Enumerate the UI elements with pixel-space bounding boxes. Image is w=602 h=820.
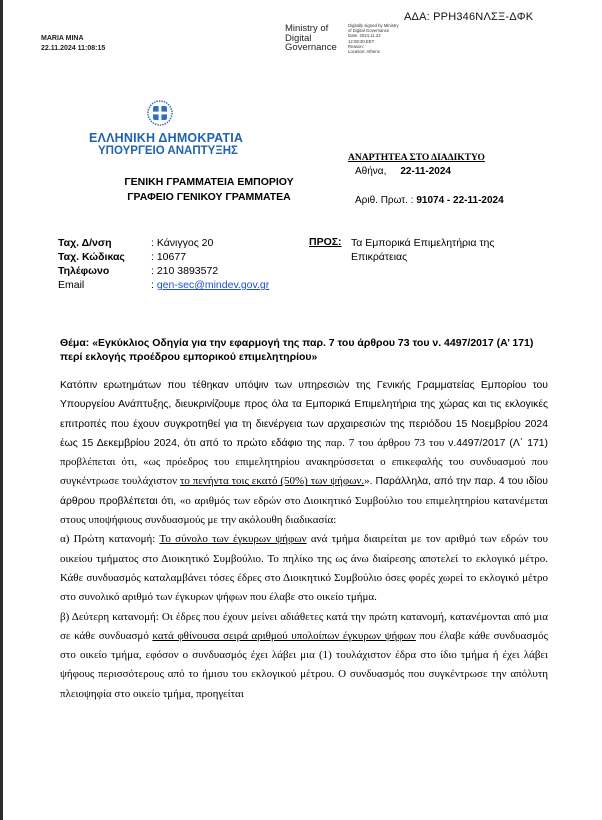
signer-block: MARIA MINA 22.11.2024 11:08:15 xyxy=(41,34,105,54)
ministry-title: ΥΠΟΥΡΓΕΙΟ ΑΝΑΠΤΥΞΗΣ xyxy=(98,144,238,158)
republic-title: ΕΛΛΗΝΙΚΗ ΔΗΜΟΚΡΑΤΙΑ xyxy=(89,131,243,145)
recipient-label: ΠΡΟΣ: xyxy=(309,236,342,248)
place-date: Αθήνα,22-11-2024 xyxy=(355,166,451,177)
post-online-note: ΑΝΑΡΤΗΤΕΑ ΣΤΟ ΔΙΑΔΙΚΤΥΟ xyxy=(348,153,485,163)
document-date: 22-11-2024 xyxy=(400,166,451,177)
subject-line: Θέμα: «Εγκύκλιος Οδηγία για την εφαρμογή… xyxy=(60,336,550,364)
general-secretariat: ΓΕΝΙΚΗ ΓΡΑΜΜΑΤΕΙΑ ΕΜΠΟΡΙΟΥ xyxy=(114,175,304,190)
contact-block: Ταχ. Δ/νση : Κάνιγγος 20 Ταχ. Κώδικας : … xyxy=(58,236,269,292)
body-paragraph-1: Κατόπιν ερωτημάτων που τέθηκαν υπόψιν τω… xyxy=(60,376,548,530)
document-body: Κατόπιν ερωτημάτων που τέθηκαν υπόψιν τω… xyxy=(60,376,548,704)
issuing-office: ΓΕΝΙΚΗ ΓΡΑΜΜΑΤΕΙΑ ΕΜΠΟΡΙΟΥ ΓΡΑΦΕΙΟ ΓΕΝΙΚ… xyxy=(114,175,304,205)
contact-row-postcode: Ταχ. Κώδικας : 10677 xyxy=(58,250,269,264)
office-name: ΓΡΑΦΕΙΟ ΓΕΝΙΚΟΥ ΓΡΑΜΜΑΤΕΑ xyxy=(114,190,304,205)
recipient-value: Τα Εμπορικά Επιμελητήρια της Επικράτειας xyxy=(351,236,551,264)
signer-name: MARIA MINA xyxy=(41,34,105,44)
contact-row-address: Ταχ. Δ/νση : Κάνιγγος 20 xyxy=(58,236,269,250)
ada-code: ΑΔΑ: ΡΡΗ346ΝΛΣΞ-ΔΦΚ xyxy=(404,11,533,23)
signature-organization: Ministry of Digital Governance xyxy=(285,24,337,53)
signature-details: Digitally signed by Ministry of Digital … xyxy=(348,23,399,54)
document-page: MARIA MINA 22.11.2024 11:08:15 Ministry … xyxy=(3,0,602,820)
contact-row-phone: Τηλέφωνο : 210 3893572 xyxy=(58,264,269,278)
signer-datetime: 22.11.2024 11:08:15 xyxy=(41,44,105,54)
email-link[interactable]: gen-sec@mindev.gov.gr xyxy=(157,279,269,291)
body-paragraph-b: β) Δεύτερη κατανομή: Οι έδρες που έχουν … xyxy=(60,608,548,704)
body-paragraph-a: α) Πρώτη κατανομή: Το σύνολο των έγκυρων… xyxy=(60,530,548,607)
protocol-number: Αριθ. Πρωτ. : 91074 - 22-11-2024 xyxy=(355,195,504,206)
contact-row-email: Email : gen-sec@mindev.gov.gr xyxy=(58,278,269,292)
greek-coat-of-arms-icon xyxy=(147,100,173,126)
